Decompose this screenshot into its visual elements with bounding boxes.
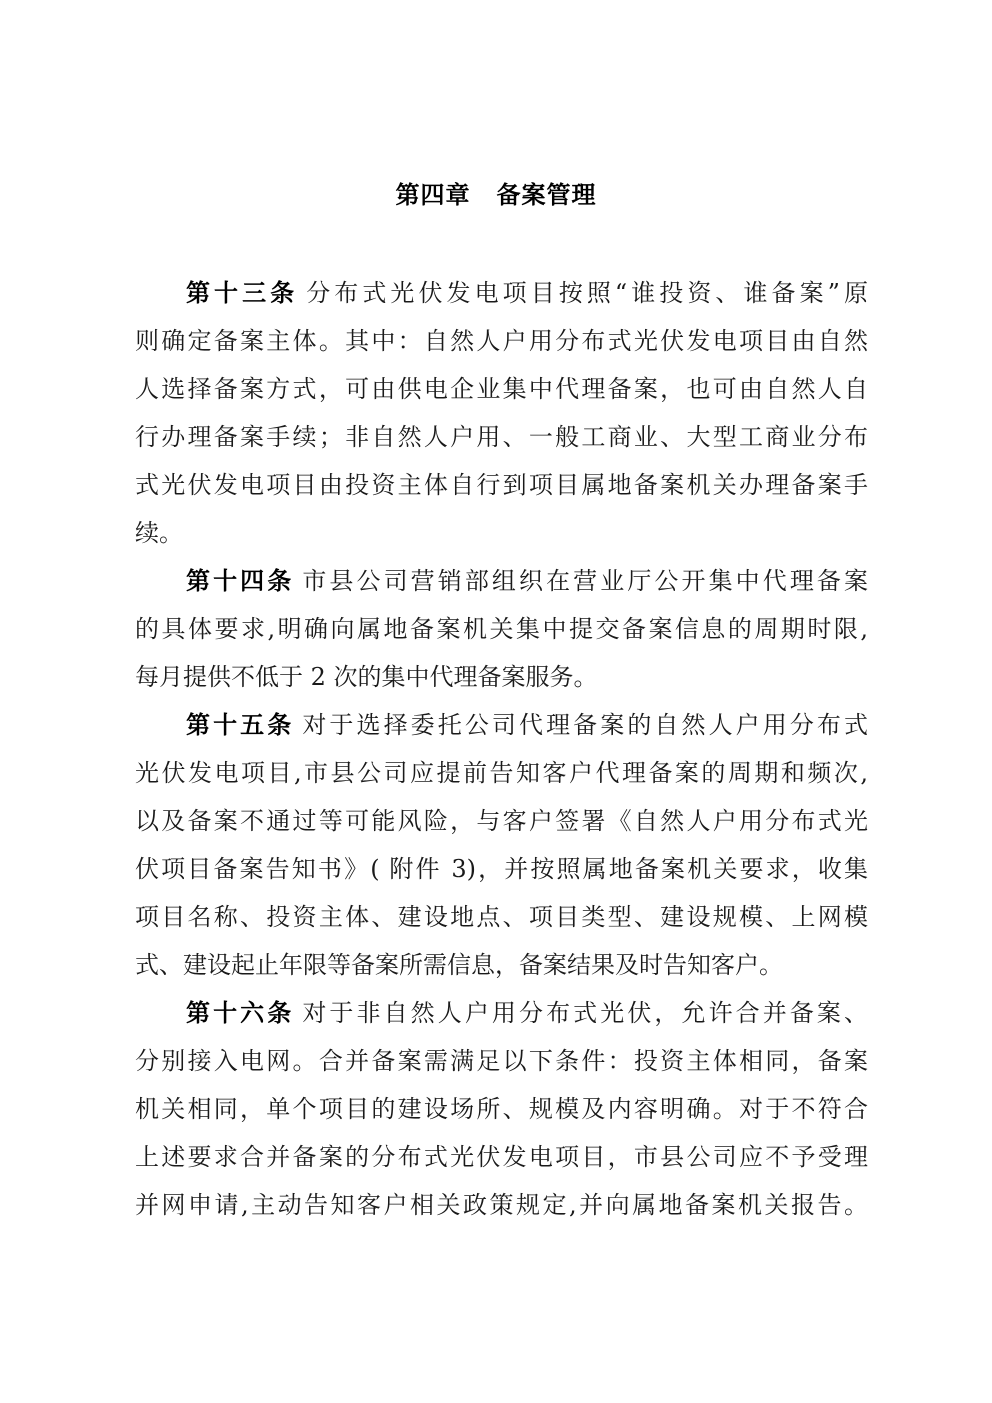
article-15-label: 第十五条: [186, 711, 294, 739]
article-14-label: 第十四条: [186, 567, 294, 595]
article-13-line-5: 式光伏发电项目由投资主体自行到项目属地备案机关办理备案手: [135, 461, 868, 509]
article-15-line-4: 伏项目备案告知书》( 附件 3)，并按照属地备案机关要求，收集: [135, 845, 868, 893]
document-page: 第四章备案管理 第十三条分布式光伏发电项目按照“谁投资、谁备案”原 则确定备案主…: [0, 0, 992, 1403]
article-15-line-1: 第十五条对于选择委托公司代理备案的自然人户用分布式: [186, 701, 868, 749]
article-13-line-3: 人选择备案方式，可由供电企业集中代理备案，也可由自然人自: [135, 365, 868, 413]
article-16-label: 第十六条: [186, 999, 294, 1027]
article-13-line-4: 行办理备案手续；非自然人户用、一般工商业、大型工商业分布: [135, 413, 868, 461]
article-15-line-6: 式、建设起止年限等备案所需信息，备案结果及时告知客户。: [135, 941, 868, 989]
article-13-label: 第十三条: [186, 279, 298, 307]
article-15-line-5: 项目名称、投资主体、建设地点、项目类型、建设规模、上网模: [135, 893, 868, 941]
article-16-line-4: 上述要求合并备案的分布式光伏发电项目，市县公司应不予受理: [135, 1133, 868, 1181]
article-15-line-2: 光伏发电项目,市县公司应提前告知客户代理备案的周期和频次,: [135, 749, 868, 797]
article-16-line-1: 第十六条对于非自然人户用分布式光伏，允许合并备案、: [186, 989, 868, 1037]
chapter-title: 备案管理: [497, 181, 597, 209]
article-14-line-3: 每月提供不低于 2 次的集中代理备案服务。: [135, 653, 868, 701]
article-13-line-1: 第十三条分布式光伏发电项目按照“谁投资、谁备案”原: [186, 269, 868, 317]
article-15-line-3: 以及备案不通过等可能风险，与客户签署《自然人户用分布式光: [135, 797, 868, 845]
article-16-line-5: 并网申请,主动告知客户相关政策规定,并向属地备案机关报告。: [135, 1181, 868, 1229]
article-14-line-2: 的具体要求,明确向属地备案机关集中提交备案信息的周期时限,: [135, 605, 868, 653]
article-13-line-2: 则确定备案主体。其中：自然人户用分布式光伏发电项目由自然: [135, 317, 868, 365]
article-14-line-1: 第十四条市县公司营销部组织在营业厅公开集中代理备案: [186, 557, 868, 605]
article-16-line-3: 机关相同，单个项目的建设场所、规模及内容明确。对于不符合: [135, 1085, 868, 1133]
article-13-line-6: 续。: [135, 509, 868, 557]
chapter-number: 第四章: [396, 181, 471, 209]
chapter-heading: 第四章备案管理: [0, 176, 992, 214]
article-16-line-2: 分别接入电网。合并备案需满足以下条件：投资主体相同，备案: [135, 1037, 868, 1085]
